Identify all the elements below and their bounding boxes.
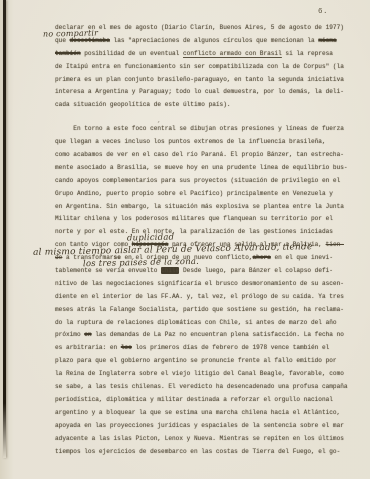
typewritten-text: es arbitraria: en — [55, 344, 121, 351]
text-line: plazo para que el gobierno argentino se … — [55, 355, 351, 368]
typewritten-text: los primeros días de febrero de 1978 ven… — [132, 344, 329, 351]
text-line: se sabe, a las tesis chilenas. El veredi… — [55, 381, 351, 394]
text-line: cando apoyos complementarios para sus pr… — [55, 175, 351, 188]
text-line: como acabamos de ver en el caso del río … — [55, 149, 351, 162]
typewritten-text: nitivo de las negociaciones significaría… — [55, 280, 344, 287]
typewritten-text: próximo — [55, 331, 84, 338]
text-line: argentino y a bloquear la que se estima … — [55, 407, 351, 420]
struck-text: también — [55, 50, 81, 57]
typewritten-text: posibilidad de un eventual — [81, 50, 183, 57]
typewritten-text: En torno a este foco central se dibujan … — [55, 125, 344, 132]
text-line: que llegan a veces incluso los puntos ex… — [55, 136, 351, 149]
typewritten-text: primera es un plan conjunto brasileño-pa… — [55, 76, 344, 83]
typewritten-text: la Reina de Inglaterra sobre el viejo li… — [55, 370, 344, 377]
typewritten-text: las "apreciaciones de algunos círculos q… — [110, 37, 318, 44]
typewritten-text: apoyada en las proyecciones jurídicas y … — [55, 422, 344, 429]
text-line: periodística, diplomática y militar dest… — [55, 394, 351, 407]
typewritten-text: que llegan a veces incluso los puntos ex… — [55, 138, 326, 145]
typewritten-text: en Argentina. Sin embargo, la situación … — [55, 203, 344, 210]
struck-text: en — [84, 331, 91, 338]
text-line: do la ruptura de relaciones diplomáticas… — [55, 317, 351, 330]
handwritten-annotation: no compartir — [43, 27, 98, 41]
text-line: diente en el interior de las FF.AA. y, t… — [55, 291, 351, 304]
typewritten-text: Desde luego, para Bánzer el colapso defi… — [179, 267, 333, 274]
typewritten-text: diente en el interior de las FF.AA. y, t… — [55, 293, 344, 300]
text-line: declarar en el mes de agosto (Diario Cla… — [55, 22, 351, 35]
text-line: apoyada en las proyecciones jurídicas y … — [55, 420, 351, 433]
text-line: Militar chilena y los poderosos militare… — [55, 213, 351, 226]
typewritten-text: declarar en el mes de agosto (Diario Cla… — [55, 24, 344, 31]
typewritten-text: adyacente a las islas Picton, Lenox y Nu… — [55, 435, 344, 442]
document-body: declarar en el mes de agosto (Diario Cla… — [55, 22, 351, 458]
struck-text: tien- — [326, 241, 344, 248]
typewritten-text: de Itaipú entra en funcionamiento sin se… — [55, 63, 344, 70]
text-line: que desestimaba las "apreciaciones de al… — [55, 35, 351, 48]
page-edge-shadow — [3, 0, 6, 458]
struck-text: misma — [318, 37, 336, 44]
typewritten-text: tiempos los ejercicios de desembarco en … — [55, 448, 340, 455]
typewritten-text: do la ruptura de relaciones diplomáticas… — [55, 319, 337, 326]
text-line: interesa a Argentina y Paraguay; todo lo… — [55, 86, 351, 99]
text-line: nitivo de las negociaciones significaría… — [55, 278, 351, 291]
typewritten-text: cando apoyos complementarios para sus pr… — [55, 177, 340, 184]
typewritten-text: se sabe, a las tesis chilenas. El veredi… — [55, 383, 348, 390]
text-line: meses atrás la Falange Socialista, parti… — [55, 304, 351, 317]
text-line: primera es un plan conjunto brasileño-pa… — [55, 74, 351, 87]
text-line: próximo en las demandas de La Paz no enc… — [55, 329, 351, 342]
scanned-document-page: 6. declarar en el mes de agosto (Diario … — [0, 0, 370, 479]
handwritten-annotation: los tres países de la zona. — [83, 256, 199, 271]
struck-text: ahora — [253, 254, 271, 261]
text-line: tiempos los ejercicios de desembarco en … — [55, 446, 351, 459]
typewritten-text: argentino y a bloquear la que se estima … — [55, 409, 340, 416]
typewritten-text: Militar chilena y los poderosos militare… — [55, 215, 333, 222]
text-line: también posibilidad de un eventual confl… — [55, 48, 351, 61]
text-line: adyacente a las islas Picton, Lenox y Nu… — [55, 433, 351, 446]
typewritten-text: si la represa — [282, 50, 333, 57]
text-line: es arbitraria: en los los primeros días … — [55, 342, 351, 355]
text-line: Grupo Andino, puerto propio sobre el Pac… — [55, 188, 351, 201]
text-line: En torno a este foco central se dibujan … — [55, 123, 351, 136]
paragraph: declarar en el mes de agosto (Diario Cla… — [55, 22, 351, 112]
struck-text: los — [121, 344, 132, 351]
text-line: norte y por el este. En el norte, la par… — [55, 226, 351, 239]
typewritten-text: como acabamos de ver en el caso del río … — [55, 151, 344, 158]
typewritten-text: las demandas de La Paz no encuentran ple… — [92, 331, 344, 338]
text-line: la Reina de Inglaterra sobre el viejo li… — [55, 368, 351, 381]
typewritten-text: norte y por el este. En el norte, la par… — [55, 228, 333, 235]
typewritten-text: periodística, diplomática y militar dest… — [55, 396, 333, 403]
text-line: de Itaipú entra en funcionamiento sin se… — [55, 61, 351, 74]
typewritten-text: mente asociado a Brasilia, se mueve hoy … — [55, 164, 348, 171]
text-line: mente asociado a Brasilia, se mueve hoy … — [55, 162, 351, 175]
underlined-text: conflicto armado con Brasil — [183, 50, 282, 57]
typewritten-text: plazo para que el gobierno argentino se … — [55, 357, 337, 364]
handwritten-annotation: ˊ — [156, 119, 160, 132]
text-line: cada situación geopolítica de este últim… — [55, 99, 351, 112]
typewritten-text: cada situación geopolítica de este últim… — [55, 101, 231, 108]
paragraph: En torno a este foco central se dibujan … — [55, 123, 351, 458]
typewritten-text: interesa a Argentina y Paraguay; todo lo… — [55, 88, 344, 95]
typewritten-text: meses atrás la Falange Socialista, parti… — [55, 306, 344, 313]
text-line: en Argentina. Sin embargo, la situación … — [55, 201, 351, 214]
typewritten-text: Grupo Andino, puerto propio sobre el Pac… — [55, 190, 333, 197]
page-number: 6. — [318, 8, 328, 16]
handwritten-annotation: ʼ — [124, 261, 127, 274]
text-line: tablemente se vería envuelto Chile Desde… — [55, 265, 351, 278]
typewritten-text: en el que inevi- — [271, 254, 333, 261]
